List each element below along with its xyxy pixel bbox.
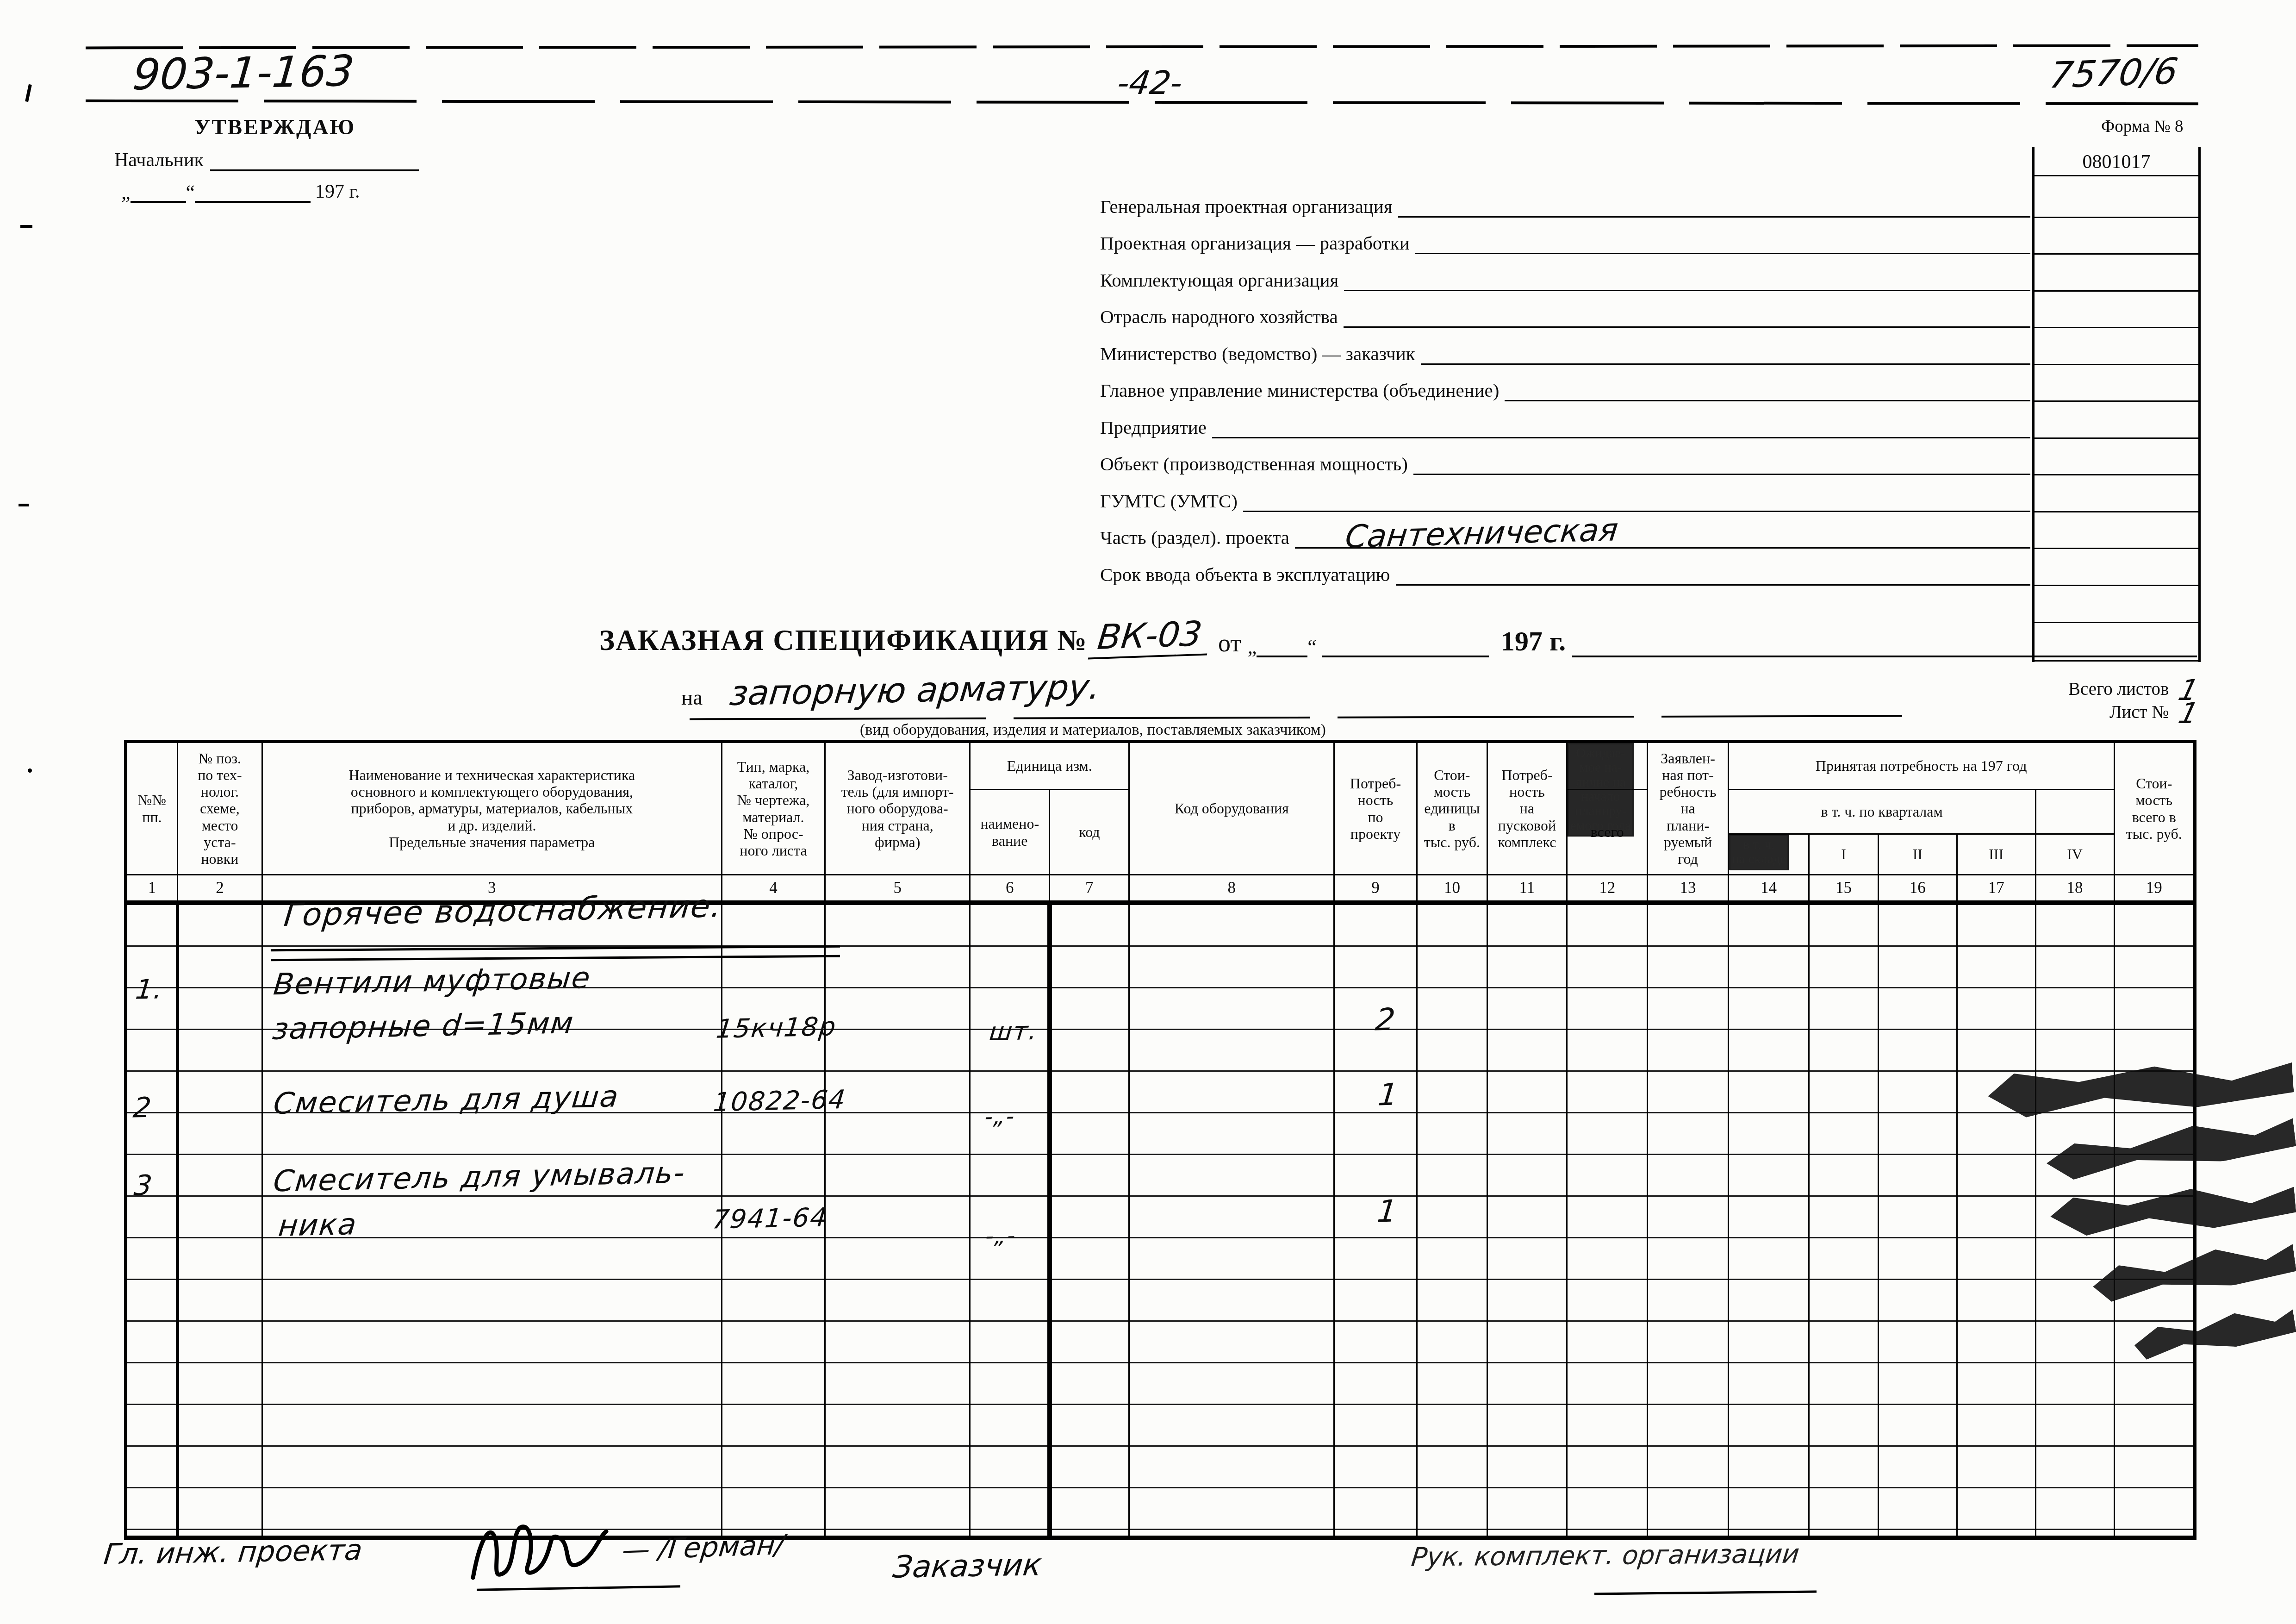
document-title: ЗАКАЗНАЯ СПЕЦИФИКАЦИЯ № [599, 624, 1088, 657]
handwritten-subject: запорную арматуру. [728, 667, 1102, 713]
header-factory: Завод-изготови- тель (для импорт- ного о… [825, 742, 970, 875]
header-need-launch: Потреб- ность на пусковой комплекс [1487, 742, 1567, 875]
header-need-project: Потреб- ность по проекту [1334, 742, 1417, 875]
open-quote: „ [121, 182, 131, 203]
date-day-blank [131, 194, 186, 203]
code-box-rule [2035, 548, 2198, 549]
close-quote: “ [1307, 637, 1317, 657]
title-month-blank [1322, 649, 1489, 657]
code-box-rule [2035, 437, 2198, 439]
header-no: №№ пп. [126, 742, 178, 875]
subject-underline [690, 715, 1902, 720]
row3-quantity: 1 [1375, 1193, 1400, 1230]
row1-unit: шт. [988, 1016, 1039, 1046]
code-box-rule [2035, 217, 2198, 218]
header-expected-sub: в т. ч. на складе [1729, 835, 1789, 870]
blank-line [1212, 433, 2030, 438]
customer-label: Заказчик [891, 1547, 1044, 1585]
code-box-rule [2035, 660, 2198, 662]
field-design-org: Проектная организация — разработки [1100, 218, 2030, 255]
handwritten-spec-number: ВК-03 [1088, 614, 1211, 660]
blank-line [1396, 581, 2031, 586]
scan-artifact [25, 84, 32, 102]
scan-artifact [19, 504, 29, 506]
blank-line [1421, 360, 2030, 365]
row1-quantity: 2 [1374, 1002, 1398, 1038]
date-month-blank [195, 194, 311, 203]
row2-number: 2 [131, 1092, 153, 1124]
document-title-row: ЗАКАЗНАЯ СПЕЦИФИКАЦИЯ № ВК-03 от „ “ 197… [599, 616, 2197, 657]
code-box-rule [2035, 253, 2198, 255]
row3-name-line2: ника [277, 1207, 359, 1243]
title-day-blank [1257, 649, 1307, 657]
row3-number: 3 [132, 1169, 154, 1202]
ot-label: от [1218, 629, 1241, 657]
handwritten-project-series-number: 903-1-163 [131, 46, 356, 100]
header-type: Тип, марка, каталог, № чертежа, материал… [722, 742, 825, 875]
header-quarter-2: II [1878, 834, 1957, 875]
field-completing-org: Комплектующая организация [1100, 254, 2030, 291]
row1-name-line2: запорные d=15мм [271, 1006, 575, 1047]
header-unit-cost: Стои- мость единицы в тыс. руб. [1417, 742, 1487, 875]
row2-quantity: 1 [1376, 1077, 1400, 1113]
sheet-number-row: Лист № 1 [1998, 702, 2197, 725]
code-box-rule [2035, 364, 2198, 365]
code-box-rule [2035, 400, 2198, 402]
specification-table: №№ пп. № поз. по тех- нолог. схеме, мест… [124, 740, 2196, 1540]
header-declared: Заявлен- ная пот- ребность на плани- руе… [1648, 742, 1728, 875]
header-quarter-4: IV [2035, 834, 2114, 875]
row2-unit-ditto: -„- [983, 1103, 1016, 1130]
signature-surname: — /Герман/ [621, 1529, 786, 1567]
approve-label: УТВЕРЖДАЮ [194, 115, 355, 140]
chief-blank-line [210, 163, 419, 171]
scan-artifact [20, 225, 32, 228]
organization-fields-block: Генеральная проектная организация Проект… [1100, 181, 2030, 586]
scan-artifact [28, 768, 32, 773]
blank-line [1243, 507, 2030, 512]
close-quote: “ [186, 182, 195, 203]
field-project-part: Часть (раздел). проектаСантехническая [1100, 512, 2030, 549]
total-sheets-label: Всего листов [2068, 679, 2169, 700]
code-box-rule [2035, 290, 2198, 292]
top-edge-line [86, 44, 2198, 50]
blank-line [1415, 249, 2030, 254]
open-quote: „ [1248, 637, 1257, 657]
chief-engineer-label: Гл. инж. проекта [102, 1533, 364, 1571]
header-unit-group: Единица изм. [970, 742, 1129, 790]
code-box-value: 0801017 [2035, 151, 2198, 173]
code-box-rule [2035, 511, 2198, 512]
field-main-department: Главное управление министерства (объедин… [1100, 365, 2030, 402]
header-position: № поз. по тех- нолог. схеме, место уста-… [177, 742, 262, 875]
chief-signature-row: Начальник [114, 149, 419, 171]
blank-line [1344, 323, 2030, 328]
header-quarter-3: III [1957, 834, 2035, 875]
sheet-number-label: Лист № [2109, 702, 2169, 724]
handwritten-project-part-value: Сантехническая [1344, 512, 1620, 555]
subject-row: на запорную арматуру. [681, 670, 1100, 710]
completing-org-underline [1594, 1590, 1817, 1595]
row2-type-mark: 10822-64 [712, 1085, 847, 1118]
header-quarters-group: в т. ч. по кварталам [1728, 790, 2035, 834]
header-accepted-group: Принятая потребность на 197 год [1728, 742, 2114, 790]
approve-date-row: „ “ 197 г. [121, 181, 407, 203]
header-name: Наименование и техническая характеристик… [262, 742, 722, 875]
blank-line: Сантехническая [1295, 543, 2030, 549]
total-sheets-row: Всего листов 1 [1998, 679, 2197, 702]
row3-unit-ditto: -„- [984, 1223, 1017, 1249]
code-box-rule [2035, 585, 2198, 586]
header-expected: Ожидае- мое на- личие на начало планиру-… [1568, 743, 1634, 837]
code-box-rule [2035, 474, 2198, 475]
chief-label: Начальник [114, 149, 204, 171]
handwritten-page-number: -42- [1115, 64, 1185, 102]
blank-line [1344, 286, 2030, 291]
blank-line [1398, 212, 2030, 218]
blank-line [1413, 470, 2030, 475]
row1-name-line1: Вентили муфтовые [272, 961, 592, 1002]
field-gumts: ГУМТС (УМТС) [1100, 475, 2030, 512]
handwritten-archive-code: 7570/6 [2047, 50, 2181, 97]
code-box-rule [2035, 327, 2198, 328]
row1-number: 1. [134, 973, 164, 1005]
header-unit-name: наимено- вание [970, 790, 1050, 875]
code-box-rule [2035, 175, 2198, 176]
field-general-design-org: Генеральная проектная организация [1100, 181, 2030, 218]
field-enterprise: Предприятие [1100, 401, 2030, 438]
field-ministry: Министерство (ведомство) — заказчик [1100, 328, 2030, 365]
sheets-counter: Всего листов 1 Лист № 1 [1998, 679, 2197, 725]
row2-name-line1: Смеситель для душа [272, 1080, 621, 1121]
row1-type-mark: 15кч18р [715, 1012, 838, 1044]
row3-type-mark: 7941-64 [711, 1202, 829, 1235]
blank-line [1505, 396, 2030, 401]
na-label: на [681, 685, 703, 710]
field-commissioning-date: Срок ввода объекта в эксплуатацию [1100, 549, 2030, 586]
title-trailing-blank [1572, 649, 2197, 657]
header-equip-code: Код оборудования [1129, 742, 1334, 875]
form-number-label: Форма № 8 [2101, 117, 2184, 137]
year-blank-label: 197 г. [315, 181, 360, 203]
header-total-cost: Стои- мость всего в тыс. руб. [2114, 742, 2195, 875]
field-object: Объект (производственная мощность) [1100, 438, 2030, 475]
title-year-label: 197 г. [1501, 625, 1566, 657]
signature-mark [467, 1518, 611, 1587]
code-box: 0801017 [2032, 147, 2201, 662]
subject-hint: (вид оборудования, изделия и материалов,… [860, 721, 1326, 739]
header-unit-code: код [1050, 790, 1129, 875]
field-industry: Отрасль народного хозяйства [1100, 291, 2030, 328]
scanned-order-specification-page: 903-1-163 -42- 7570/6 УТВЕРЖДАЮ Форма № … [0, 0, 2296, 1624]
completing-org-head-label: Рук. комплект. организации [1410, 1539, 1801, 1572]
header-quarter-1: I [1809, 834, 1879, 875]
